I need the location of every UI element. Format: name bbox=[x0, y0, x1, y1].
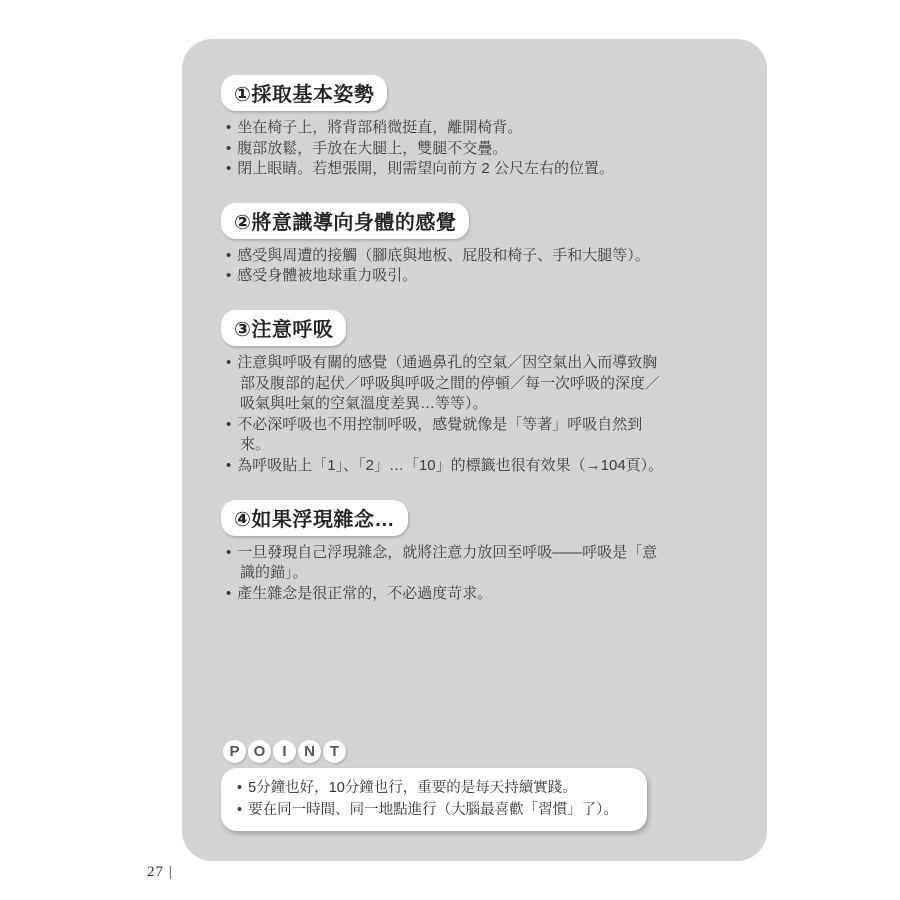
section-heading-pill: ①採取基本姿勢 bbox=[221, 75, 387, 111]
book-page: ①採取基本姿勢 坐在椅子上，將背部稍微挺直，離開椅背。 腹部放鬆，手放在大腿上，… bbox=[0, 0, 900, 900]
bullet-item: 閉上眼睛。若想張開，則需望向前方 2 公尺左右的位置。 bbox=[226, 159, 664, 180]
bullet-item: 坐在椅子上，將背部稍微挺直，離開椅背。 bbox=[226, 118, 664, 139]
bullet-item: 5分鐘也好，10分鐘也行，重要的是每天持續實踐。 bbox=[237, 777, 633, 799]
bullet-list: 一旦發現自己浮現雜念，就將注意力放回至呼吸——呼吸是「意識的錨」。 產生雜念是很… bbox=[226, 543, 664, 605]
bullet-item: 感受與周遭的接觸（腳底與地板、屁股和椅子、手和大腿等）。 bbox=[226, 246, 664, 267]
bullet-item: 腹部放鬆，手放在大腿上，雙腿不交疊。 bbox=[226, 139, 664, 160]
bullet-list: 感受與周遭的接觸（腳底與地板、屁股和椅子、手和大腿等）。 感受身體被地球重力吸引… bbox=[226, 246, 664, 287]
section-breathing: ③注意呼吸 注意與呼吸有關的感覺（通過鼻孔的空氣／因空氣出入而導致胸部及腹部的起… bbox=[221, 310, 739, 477]
section-body-awareness: ②將意識導向身體的感覺 感受與周遭的接觸（腳底與地板、屁股和椅子、手和大腿等）。… bbox=[221, 203, 739, 287]
section-heading-pill: ③注意呼吸 bbox=[221, 310, 346, 346]
section-heading-text: ②將意識導向身體的感覺 bbox=[234, 212, 456, 234]
bullet-item: 產生雜念是很正常的，不必過度苛求。 bbox=[226, 584, 664, 605]
point-letter-badge: N bbox=[298, 740, 321, 763]
section-heading-text: ①採取基本姿勢 bbox=[234, 84, 374, 106]
bullet-list: 注意與呼吸有關的感覺（通過鼻孔的空氣／因空氣出入而導致胸部及腹部的起伏／呼吸與呼… bbox=[226, 353, 664, 477]
point-letter-badge: P bbox=[223, 740, 246, 763]
section-heading-pill: ④如果浮現雜念… bbox=[221, 500, 408, 536]
point-box: 5分鐘也好，10分鐘也行，重要的是每天持續實踐。 要在同一時間、同一地點進行（大… bbox=[221, 768, 647, 831]
point-label: P O I N T bbox=[223, 740, 647, 763]
bullet-list: 坐在椅子上，將背部稍微挺直，離開椅背。 腹部放鬆，手放在大腿上，雙腿不交疊。 閉… bbox=[226, 118, 664, 180]
bullet-item: 一旦發現自己浮現雜念，就將注意力放回至呼吸——呼吸是「意識的錨」。 bbox=[226, 543, 664, 584]
point-letter-badge: T bbox=[323, 740, 346, 763]
page-number: 27 | bbox=[147, 864, 173, 881]
bullet-item: 感受身體被地球重力吸引。 bbox=[226, 266, 664, 287]
section-basic-posture: ①採取基本姿勢 坐在椅子上，將背部稍微挺直，離開椅背。 腹部放鬆，手放在大腿上，… bbox=[221, 75, 739, 180]
point-letter-badge: I bbox=[273, 740, 296, 763]
bullet-item: 不必深呼吸也不用控制呼吸，感覺就像是「等著」呼吸自然到來。 bbox=[226, 415, 664, 456]
content-panel: ①採取基本姿勢 坐在椅子上，將背部稍微挺直，離開椅背。 腹部放鬆，手放在大腿上，… bbox=[182, 39, 767, 861]
point-section: P O I N T 5分鐘也好，10分鐘也行，重要的是每天持續實踐。 要在同一時… bbox=[221, 740, 647, 831]
section-wandering-thoughts: ④如果浮現雜念… 一旦發現自己浮現雜念，就將注意力放回至呼吸——呼吸是「意識的錨… bbox=[221, 500, 739, 605]
point-letter-badge: O bbox=[248, 740, 271, 763]
point-bullet-list: 5分鐘也好，10分鐘也行，重要的是每天持續實踐。 要在同一時間、同一地點進行（大… bbox=[237, 777, 633, 821]
section-heading-pill: ②將意識導向身體的感覺 bbox=[221, 203, 469, 239]
bullet-item: 為呼吸貼上「1」、「2」…「10」的標籤也很有效果（→104頁）。 bbox=[226, 456, 664, 477]
bullet-item: 注意與呼吸有關的感覺（通過鼻孔的空氣／因空氣出入而導致胸部及腹部的起伏／呼吸與呼… bbox=[226, 353, 664, 415]
bullet-item: 要在同一時間、同一地點進行（大腦最喜歡「習慣」了）。 bbox=[237, 799, 633, 821]
section-heading-text: ④如果浮現雜念… bbox=[234, 509, 395, 531]
section-heading-text: ③注意呼吸 bbox=[234, 319, 333, 341]
